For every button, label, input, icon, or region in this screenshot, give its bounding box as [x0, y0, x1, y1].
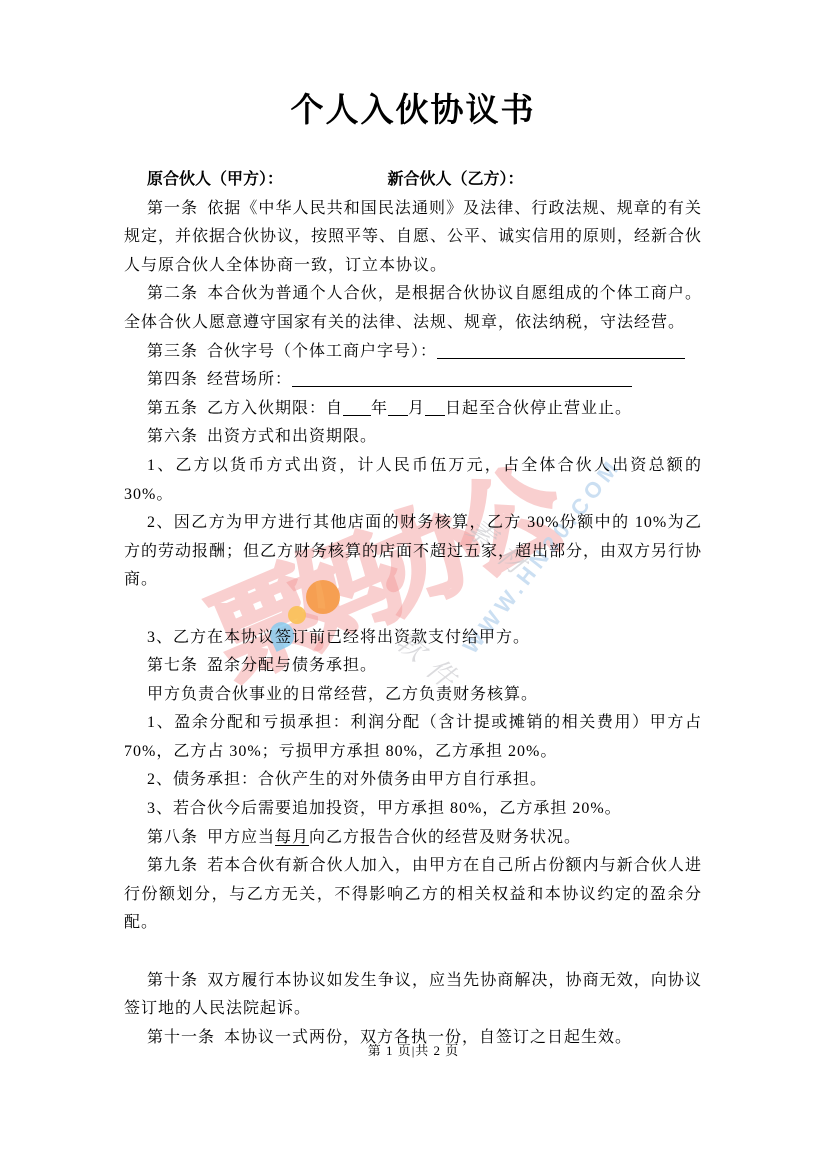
paragraph: 第四条 经营场所：: [124, 366, 702, 395]
party-b-label: 新合伙人（乙方）：: [387, 171, 523, 188]
parties-line: 原合伙人（甲方）： 新合伙人（乙方）：: [124, 166, 702, 195]
paragraph: 第五条 乙方入伙期限：自年月日起至合伙停止营业止。: [124, 395, 702, 424]
text-run: 3、乙方在本协议签订前已经将出资款支付给甲方。: [147, 629, 530, 646]
text-run: 第八条 甲方应当: [147, 829, 275, 846]
text-run: 甲方负责合伙事业的日常经营，乙方负责财务核算。: [147, 686, 538, 703]
page-title: 个人入伙协议书: [124, 86, 702, 134]
text-run: 第五条 乙方入伙期限：自: [147, 400, 343, 417]
paragraph: 3、若合伙今后需要追加投资，甲方承担 80%，乙方承担 20%。: [124, 795, 702, 824]
text-run: 月: [408, 400, 425, 417]
fill-in-blank: [343, 399, 371, 416]
paragraph: 1、盈余分配和亏损承担：利润分配（含计提或摊销的相关费用）甲方占70%，乙方占 …: [124, 709, 702, 766]
text-run: 第九条 若本合伙有新合伙人加入，由甲方在自己所占份额内与新合伙人进行份额划分，与…: [124, 857, 702, 931]
paragraph: 1、乙方以货币方式出资，计人民币伍万元，占全体合伙人出资总额的30%。: [124, 452, 702, 509]
paragraph: 甲方负责合伙事业的日常经营，乙方负责财务核算。: [124, 681, 702, 710]
page-footer: 第 1 页|共 2 页: [0, 1042, 827, 1060]
fill-in-blank: [437, 342, 685, 359]
text-run: 2、债务承担：合伙产生的对外债务由甲方自行承担。: [147, 771, 547, 788]
paragraph: 第一条 依据《中华人民共和国民法通则》及法律、行政法规、规章的有关规定，并依据合…: [124, 195, 702, 281]
text-run: 第三条 合伙字号（个体工商户字号）：: [147, 343, 437, 360]
text-run: 年: [371, 400, 388, 417]
text-run: 1、乙方以货币方式出资，计人民币伍万元，占全体合伙人出资总额的30%。: [124, 457, 702, 503]
paragraph: 2、债务承担：合伙产生的对外债务由甲方自行承担。: [124, 766, 702, 795]
paragraph: 第八条 甲方应当每月向乙方报告合伙的经营及财务状况。: [124, 824, 702, 853]
fill-in-blank: [388, 399, 408, 416]
text-run: 日起至合伙停止营业止。: [445, 400, 632, 417]
text-run: 向乙方报告合伙的经营及财务状况。: [309, 829, 581, 846]
text-run: 3、若合伙今后需要追加投资，甲方承担 80%，乙方承担 20%。: [147, 800, 622, 817]
document-page: 票妈办公 WWW.HN20.COM 素 材 软 件 个人入伙协议书 原合伙人（甲…: [0, 0, 827, 1169]
fill-in-blank: [292, 370, 632, 387]
text-run: 第七条 盈余分配与债务承担。: [147, 657, 377, 674]
document-content: 个人入伙协议书 原合伙人（甲方）： 新合伙人（乙方）： 第一条 依据《中华人民共…: [124, 86, 702, 1052]
text-run: 第四条 经营场所：: [147, 371, 292, 388]
text-run: 2、因乙方为甲方进行其他店面的财务核算，乙方 30%份额中的 10%为乙方的劳动…: [124, 514, 702, 588]
paragraph: 第七条 盈余分配与债务承担。: [124, 652, 702, 681]
paragraph: 第十条 双方履行本协议如发生争议，应当先协商解决，协商无效，向协议签订地的人民法…: [124, 967, 702, 1024]
paragraph: 3、乙方在本协议签订前已经将出资款支付给甲方。: [124, 624, 702, 653]
party-a-label: 原合伙人（甲方）：: [147, 171, 283, 188]
paragraph: 第二条 本合伙为普通个人合伙，是根据合伙协议自愿组成的个体工商户。全体合伙人愿意…: [124, 280, 702, 337]
paragraph: 第六条 出资方式和出资期限。: [124, 423, 702, 452]
text-run: 第六条 出资方式和出资期限。: [147, 428, 377, 445]
paragraph: 第三条 合伙字号（个体工商户字号）：: [124, 338, 702, 367]
fill-in-blank: [425, 399, 445, 416]
text-run: 每月: [275, 829, 309, 846]
paragraph: 第九条 若本合伙有新合伙人加入，由甲方在自己所占份额内与新合伙人进行份额划分，与…: [124, 852, 702, 938]
text-run: 第十条 双方履行本协议如发生争议，应当先协商解决，协商无效，向协议签订地的人民法…: [124, 972, 702, 1018]
text-run: 1、盈余分配和亏损承担：利润分配（含计提或摊销的相关费用）甲方占70%，乙方占 …: [124, 714, 702, 760]
document-body: 第一条 依据《中华人民共和国民法通则》及法律、行政法规、规章的有关规定，并依据合…: [124, 195, 702, 1053]
text-run: 第一条 依据《中华人民共和国民法通则》及法律、行政法规、规章的有关规定，并依据合…: [124, 200, 702, 274]
text-run: 第二条 本合伙为普通个人合伙，是根据合伙协议自愿组成的个体工商户。全体合伙人愿意…: [124, 285, 702, 331]
paragraph: 2、因乙方为甲方进行其他店面的财务核算，乙方 30%份额中的 10%为乙方的劳动…: [124, 509, 702, 595]
